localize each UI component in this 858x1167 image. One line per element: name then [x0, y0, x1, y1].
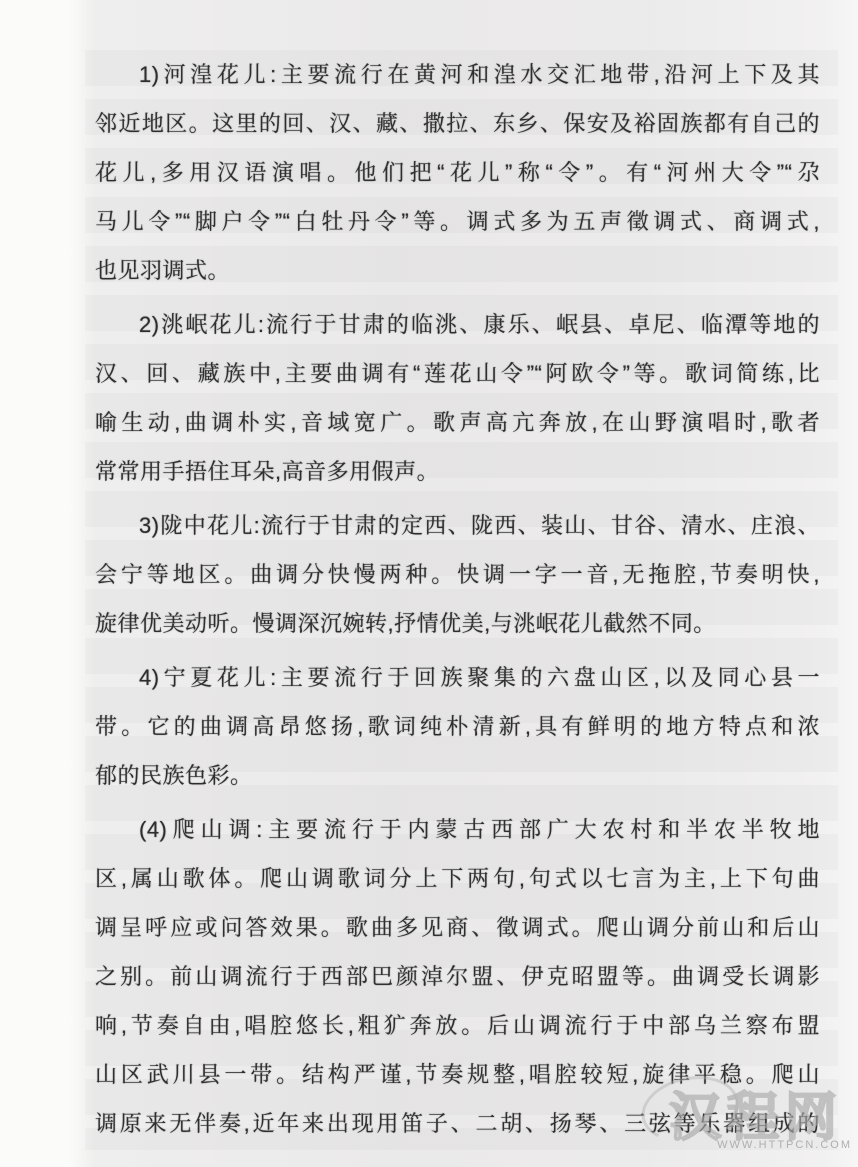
text-line: 旋律优美动听。慢调深沉婉转,抒情优美,与洮岷花儿截然不同。	[95, 599, 820, 648]
text-line: 喻生动,曲调朴实,音域宽广。歌声高亢奔放,在山野演唱时,歌者	[95, 398, 820, 447]
text-line: 响,节奏自由,唱腔悠长,粗犷奔放。后山调流行于中部乌兰察布盟	[95, 1001, 820, 1050]
text-line: 马儿令”“脚户令”“白牡丹令”等。调式多为五声徵调式、商调式,	[95, 197, 820, 246]
text-line: 3)陇中花儿:流行于甘肃的定西、陇西、装山、甘谷、清水、庄浪、	[95, 501, 820, 550]
text-line: 4)宁夏花儿:主要流行于回族聚集的六盘山区,以及同心县一	[95, 653, 820, 702]
text-line: 花儿,多用汉语演唱。他们把“花儿”称“令”。有“河州大令”“尕	[95, 148, 820, 197]
paragraph-taomin-huaer: 2)洮岷花儿:流行于甘肃的临洮、康乐、岷县、卓尼、临潭等地的 汉、回、藏族中,主…	[95, 300, 820, 496]
text-line: 会宁等地区。曲调分快慢两种。快调一字一音,无拖腔,节奏明快,	[95, 550, 820, 599]
text-line: 之别。前山调流行于西部巴颜淖尔盟、伊克昭盟等。曲调受长调影	[95, 952, 820, 1001]
text-line: 1)河湟花儿:主要流行在黄河和湟水交汇地带,沿河上下及其	[95, 50, 820, 99]
text-line: 区,属山歌体。爬山调歌词分上下两句,句式以七言为主,上下句曲	[95, 854, 820, 903]
text-line: 也见羽调式。	[95, 246, 820, 295]
text-line: 调原来无伴奏,近年来出现用笛子、二胡、扬琴、三弦等乐器组成的	[95, 1099, 820, 1148]
text-line: 调呈呼应或问答效果。歌曲多见商、徵调式。爬山调分前山和后山	[95, 903, 820, 952]
text-line: 汉、回、藏族中,主要曲调有“莲花山令”“阿欧令”等。歌词简练,比	[95, 349, 820, 398]
paragraph-hehuang-huaer: 1)河湟花儿:主要流行在黄河和湟水交汇地带,沿河上下及其 邻近地区。这里的回、汉…	[95, 50, 820, 295]
paragraph-pashandiao: (4)爬山调:主要流行于内蒙古西部广大农村和半农半牧地 区,属山歌体。爬山调歌词…	[95, 805, 820, 1148]
text-line: 2)洮岷花儿:流行于甘肃的临洮、康乐、岷县、卓尼、临潭等地的	[95, 300, 820, 349]
paragraph-longzhong-huaer: 3)陇中花儿:流行于甘肃的定西、陇西、装山、甘谷、清水、庄浪、 会宁等地区。曲调…	[95, 501, 820, 648]
scanned-page: 1)河湟花儿:主要流行在黄河和湟水交汇地带,沿河上下及其 邻近地区。这里的回、汉…	[0, 0, 858, 1167]
page-text: 1)河湟花儿:主要流行在黄河和湟水交汇地带,沿河上下及其 邻近地区。这里的回、汉…	[95, 50, 820, 1153]
text-line: 山区武川县一带。结构严谨,节奏规整,唱腔较短,旋律平稳。爬山	[95, 1050, 820, 1099]
text-line: 邻近地区。这里的回、汉、藏、撒拉、东乡、保安及裕固族都有自己的	[95, 99, 820, 148]
text-line: 常常用手捂住耳朵,高音多用假声。	[95, 447, 820, 496]
text-line: 郁的民族色彩。	[95, 751, 820, 800]
text-line: 带。它的曲调高昂悠扬,歌词纯朴清新,具有鲜明的地方特点和浓	[95, 702, 820, 751]
text-line: (4)爬山调:主要流行于内蒙古西部广大农村和半农半牧地	[95, 805, 820, 854]
paragraph-ningxia-huaer: 4)宁夏花儿:主要流行于回族聚集的六盘山区,以及同心县一 带。它的曲调高昂悠扬,…	[95, 653, 820, 800]
